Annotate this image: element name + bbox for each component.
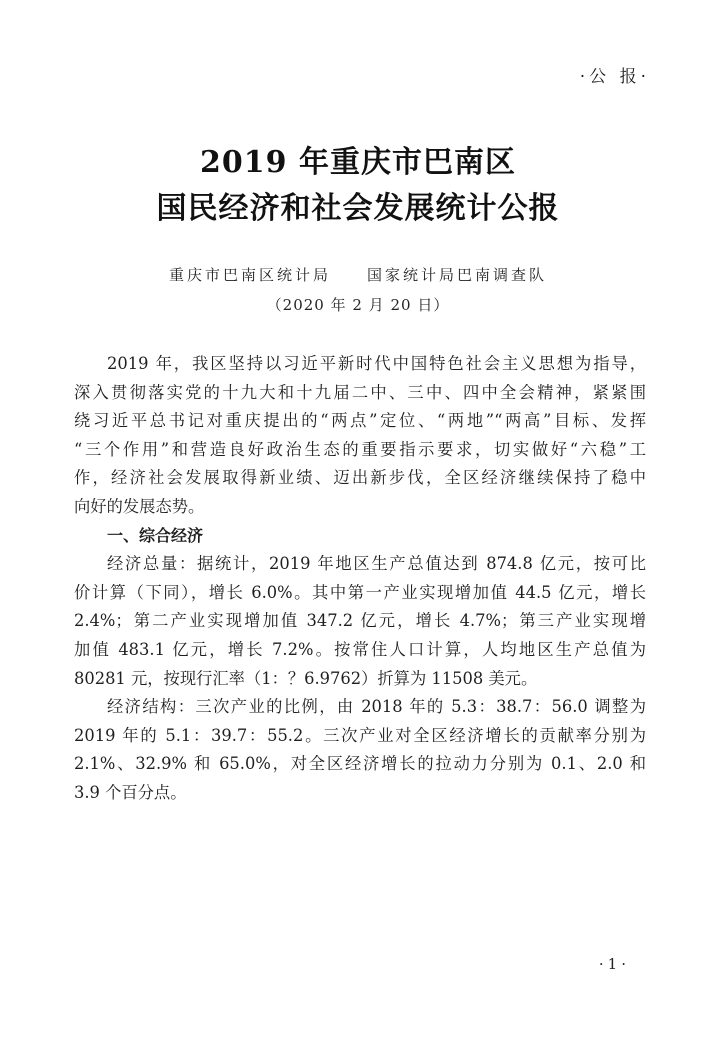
section-tag: ·公 报· — [580, 62, 650, 87]
page-title: 2019 年重庆市巴南区 国民经济和社会发展统计公报 — [0, 140, 716, 232]
title-line-2: 国民经济和社会发展统计公报 — [0, 186, 716, 232]
text-line: 3.9 个百分点。 — [74, 779, 646, 808]
title-line-1: 2019 年重庆市巴南区 — [0, 140, 716, 186]
text-line: 2.1%、32.9% 和 65.0%，对全区经济增长的拉动力分别为 0.1、2.… — [74, 750, 646, 779]
page-number: ·1· — [599, 955, 630, 973]
text-line: 向好的发展态势。 — [74, 493, 646, 522]
text-line: 作，经济社会发展取得新业绩、迈出新步伐，全区经济继续保持了稳中 — [74, 464, 646, 493]
author-org-2: 国家统计局巴南调查队 — [367, 266, 547, 284]
text-line: 经济总量：据统计，2019 年地区生产总值达到 874.8 亿元，按可比 — [74, 550, 646, 579]
text-line: 2019 年，我区坚持以习近平新时代中国特色社会主义思想为指导， — [74, 350, 646, 379]
text-line: 2019 年的 5.1：39.7：55.2。三次产业对全区经济增长的贡献率分别为 — [74, 722, 646, 751]
publication-date: （2020 年 2 月 20 日） — [0, 294, 716, 315]
text-line: 绕习近平总书记对重庆提出的“两点”定位、“两地”“两高”目标、发挥 — [74, 407, 646, 436]
authors: 重庆市巴南区统计局国家统计局巴南调查队 — [0, 264, 716, 285]
text-line: 经济结构：三次产业的比例，由 2018 年的 5.3：38.7：56.0 调整为 — [74, 693, 646, 722]
paragraph-economic-structure: 经济结构：三次产业的比例，由 2018 年的 5.3：38.7：56.0 调整为… — [74, 693, 646, 807]
intro-paragraph: 2019 年，我区坚持以习近平新时代中国特色社会主义思想为指导， 深入贯彻落实党… — [74, 350, 646, 522]
author-org-1: 重庆市巴南区统计局 — [169, 266, 331, 284]
text-line: 2.4%；第二产业实现增加值 347.2 亿元，增长 4.7%；第三产业实现增 — [74, 607, 646, 636]
document-body: 2019 年，我区坚持以习近平新时代中国特色社会主义思想为指导， 深入贯彻落实党… — [74, 350, 646, 808]
text-line: 加值 483.1 亿元，增长 7.2%。按常住人口计算，人均地区生产总值为 — [74, 636, 646, 665]
text-line: “三个作用”和营造良好政治生态的重要指示要求，切实做好“六稳”工 — [74, 436, 646, 465]
section-heading: 一、综合经济 — [74, 522, 646, 551]
text-line: 价计算（下同），增长 6.0%。其中第一产业实现增加值 44.5 亿元，增长 — [74, 579, 646, 608]
text-line: 80281 元，按现行汇率（1：？6.9762）折算为 11508 美元。 — [74, 665, 646, 694]
paragraph-economic-total: 经济总量：据统计，2019 年地区生产总值达到 874.8 亿元，按可比 价计算… — [74, 550, 646, 693]
text-line: 深入贯彻落实党的十九大和十九届二中、三中、四中全会精神，紧紧围 — [74, 379, 646, 408]
